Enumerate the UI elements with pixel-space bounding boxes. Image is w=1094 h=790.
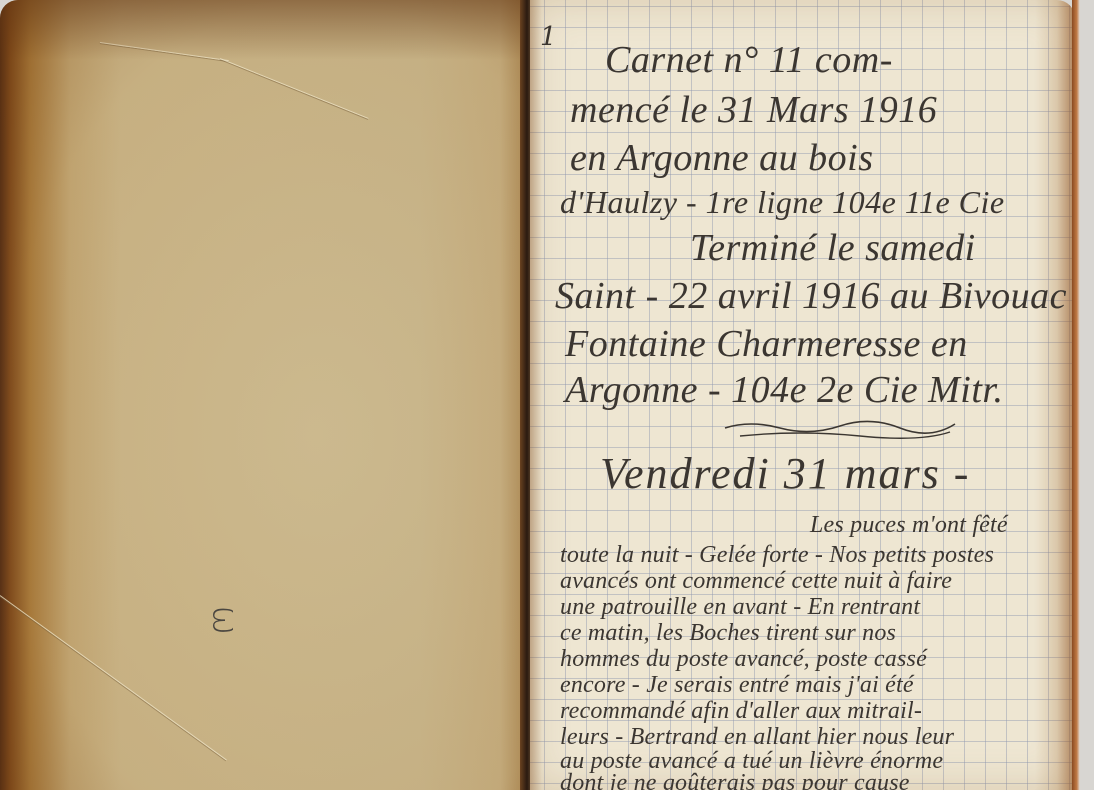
page-edge — [1072, 0, 1080, 790]
entry-line: avancés ont commencé cette nuit à faire — [560, 568, 952, 595]
entry-line: une patrouille en avant - En rentrant — [560, 594, 920, 621]
paper-crease — [0, 595, 227, 760]
paper-crease — [220, 58, 369, 119]
entry-line: dont je ne goûterais pas pour cause — [560, 770, 910, 790]
paper-crease — [100, 42, 229, 61]
notebook-spread: ω 1 Carnet n° 11 com- mencé le 31 Mars 1… — [0, 0, 1094, 790]
pencil-mark: ω — [205, 605, 246, 635]
entry-line: Les puces m'ont fêté — [810, 512, 1008, 539]
left-page-blank: ω — [0, 0, 530, 790]
entry-line: encore - Je serais entré mais j'ai été — [560, 672, 914, 699]
header-line: Saint - 22 avril 1916 au Bivouac — [555, 274, 1067, 318]
entry-line: recommandé afin d'aller aux mitrail- — [560, 698, 922, 725]
entry-line: toute la nuit - Gelée forte - Nos petits… — [560, 542, 994, 569]
entry-title: Vendredi 31 mars - — [600, 448, 970, 499]
header-line: Fontaine Charmeresse en — [565, 322, 968, 366]
margin-mark: 1 — [540, 22, 557, 52]
header-line: Argonne - 104e 2e Cie Mitr. — [565, 368, 1003, 412]
header-line: en Argonne au bois — [570, 136, 873, 180]
header-line: mencé le 31 Mars 1916 — [570, 88, 937, 132]
header-line: Terminé le samedi — [690, 226, 976, 270]
decorative-flourish — [720, 418, 960, 440]
entry-line: hommes du poste avancé, poste cassé — [560, 646, 927, 673]
entry-line: ce matin, les Boches tirent sur nos — [560, 620, 896, 647]
entry-line: leurs - Bertrand en allant hier nous leu… — [560, 724, 954, 751]
header-line: d'Haulzy - 1re ligne 104e 11e Cie — [560, 184, 1005, 221]
header-line: Carnet n° 11 com- — [605, 38, 893, 82]
